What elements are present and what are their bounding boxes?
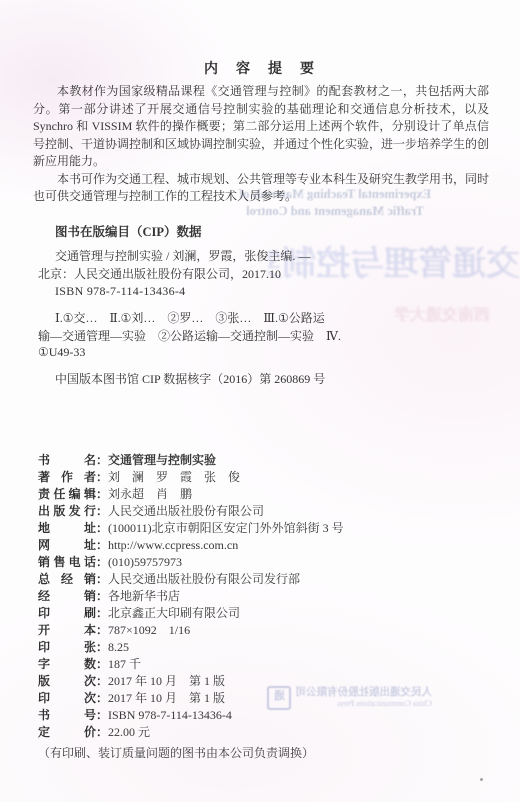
colophon-row-book-title: 书名：交通管理与控制实验: [38, 452, 488, 469]
colophon-label: 总经销: [38, 571, 96, 588]
cip-publisher-line: 北京：人民交通出版社股份有限公司，2017.10: [38, 265, 281, 282]
colophon-row-address: 地址：(100011)北京市朝阳区安定门外外馆斜街 3 号: [38, 520, 488, 537]
quality-replacement-note: （有印刷、装订质量问题的图书由本公司负责调换）: [38, 744, 314, 761]
colophon-row-format: 开本：787×1092 1/16: [38, 622, 488, 639]
colophon-value: http://www.ccpress.com.cn: [108, 538, 238, 552]
cip-title-line: 交通管理与控制实验 / 刘澜，罗霞，张俊主编. —: [55, 247, 310, 264]
colophon-label: 印张: [38, 639, 96, 656]
colophon-row-editors: 责任编辑：刘永超 肖 鹏: [38, 486, 488, 503]
colophon-value: 人民交通出版社股份有限公司: [108, 504, 264, 518]
colophon-row-price: 定价：22.00 元: [38, 724, 488, 741]
colophon-label: 书号: [38, 707, 96, 724]
book-copyright-page: Experimental Teaching Materials of Traff…: [0, 0, 520, 802]
colophon-value: 22.00 元: [108, 725, 150, 739]
colophon-label: 印次: [38, 690, 96, 707]
colophon-row-sales-phone: 销售电话：(010)59757973: [38, 554, 488, 571]
colophon-row-distributor: 经销：各地新华书店: [38, 588, 488, 605]
colophon-label: 版次: [38, 673, 96, 690]
colophon-value: 刘永超 肖 鹏: [108, 487, 192, 501]
colophon-label: 责任编辑: [38, 486, 96, 503]
colophon-label: 字数: [38, 656, 96, 673]
colophon-value: 8.25: [108, 640, 129, 654]
cip-classification-line2: 输—交通管理—实验 ②公路运输—交通控制—实验 Ⅳ.: [38, 327, 341, 344]
colophon-label: 著作者: [38, 469, 96, 486]
cip-classification-line3: ①U49-33: [38, 345, 85, 360]
colophon-value: 人民交通出版社股份有限公司发行部: [108, 572, 300, 586]
colophon-value: 各地新华书店: [108, 589, 180, 603]
colophon-value: 2017 年 10 月 第 1 版: [108, 691, 225, 705]
colophon-value: 刘 澜 罗 霞 张 俊: [108, 470, 240, 484]
colophon-value: 187 千: [108, 657, 141, 671]
colophon-value: 北京鑫正大印刷有限公司: [108, 606, 240, 620]
colophon-label: 经销: [38, 588, 96, 605]
showthrough-english-line2: Traffic Management and Control: [160, 203, 510, 220]
colophon-row-publisher: 出版发行：人民交通出版社股份有限公司: [38, 503, 488, 520]
colophon-row-authors: 著作者：刘 澜 罗 霞 张 俊: [38, 469, 488, 486]
colophon-label: 网址: [38, 537, 96, 554]
scan-speck: [480, 778, 483, 781]
colophon-value: (100011)北京市朝阳区安定门外外馆斜街 3 号: [108, 521, 344, 535]
colophon-row-sheets: 印张：8.25: [38, 639, 488, 656]
colophon-value: 2017 年 10 月 第 1 版: [108, 674, 225, 688]
colophon: 书名：交通管理与控制实验 著作者：刘 澜 罗 霞 张 俊 责任编辑：刘永超 肖 …: [38, 452, 488, 741]
colophon-row-printer: 印刷：北京鑫正大印刷有限公司: [38, 605, 488, 622]
cip-classification-line1: Ⅰ.①交… Ⅱ.①刘… ②罗… ③张… Ⅲ.①公路运: [55, 309, 325, 326]
colophon-value: (010)59757973: [108, 555, 182, 569]
colophon-label: 出版发行: [38, 503, 96, 520]
colophon-row-edition: 版次：2017 年 10 月 第 1 版: [38, 673, 488, 690]
colophon-row-book-number: 书号：ISBN 978-7-114-13436-4: [38, 707, 488, 724]
colophon-value: 787×1092 1/16: [108, 623, 190, 637]
cip-header: 图书在版编目（CIP）数据: [55, 222, 202, 240]
colophon-label: 印刷: [38, 605, 96, 622]
colophon-row-printing: 印次：2017 年 10 月 第 1 版: [38, 690, 488, 707]
summary-paragraph-1: 本教材作为国家级精品课程《交通管理与控制》的配套教材之一，共包括两大部分。第一部…: [33, 83, 489, 171]
showthrough-chinese-title: 交通管理与控制实验: [268, 236, 520, 292]
showthrough-university-name: 西南交通大学: [300, 302, 490, 325]
colophon-label: 开本: [38, 622, 96, 639]
colophon-row-website: 网址：http://www.ccpress.com.cn: [38, 537, 488, 554]
colophon-label: 地址: [38, 520, 96, 537]
colophon-value: ISBN 978-7-114-13436-4: [108, 708, 232, 722]
cip-record-number: 中国版本图书馆 CIP 数据核字（2016）第 260869 号: [55, 370, 325, 387]
summary-title: 内 容 提 要: [0, 58, 520, 78]
summary-paragraph-2: 本书可作为交通工程、城市规划、公共管理等专业本科生及研究生教学用书，同时也可供交…: [33, 171, 489, 206]
colophon-label: 定价: [38, 724, 96, 741]
colophon-label: 销售电话: [38, 554, 96, 571]
colophon-row-general-distributor: 总经销：人民交通出版社股份有限公司发行部: [38, 571, 488, 588]
cip-isbn: ISBN 978-7-114-13436-4: [55, 284, 185, 299]
colophon-label: 书名: [38, 452, 96, 469]
colophon-row-word-count: 字数：187 千: [38, 656, 488, 673]
summary-body: 本教材作为国家级精品课程《交通管理与控制》的配套教材之一，共包括两大部分。第一部…: [33, 83, 489, 206]
colophon-value: 交通管理与控制实验: [108, 453, 216, 467]
